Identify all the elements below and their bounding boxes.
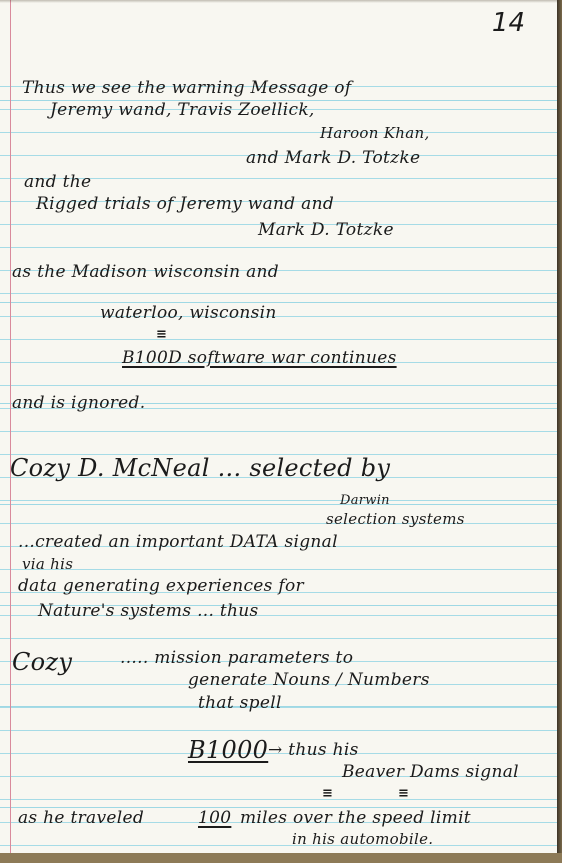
handwritten-line: Cozy D. McNeal ... selected by [10, 456, 390, 480]
handwritten-line: 100 [198, 810, 231, 827]
handwritten-line: via his [22, 557, 73, 572]
handwritten-line: as he traveled [18, 810, 144, 827]
handwritten-line: as the Madison wisconsin and [12, 264, 279, 281]
handwritten-line: Beaver Dams signal [342, 764, 519, 781]
handwritten-line: in his automobile. [292, 832, 433, 847]
handwritten-line: miles over the speed limit [240, 810, 471, 827]
handwritten-line: Haroon Khan, [320, 126, 430, 141]
page-top-shadow [0, 0, 557, 3]
handwritten-line: ...created an important DATA signal [18, 534, 338, 551]
handwritten-line: Rigged trials of Jeremy wand and [36, 196, 334, 213]
handwritten-line: Cozy [12, 650, 72, 674]
notebook-page: 14 Thus we see the warning Message of Je… [0, 0, 557, 853]
handwritten-line: ..... mission parameters to [120, 650, 353, 667]
squiggle-mark: ≡ [156, 331, 167, 339]
handwritten-line: Jeremy wand, Travis Zoellick, [50, 102, 315, 119]
handwritten-line: and the [24, 174, 91, 191]
handwritten-line: → thus his [268, 742, 359, 759]
handwritten-line: generate Nouns / Numbers [188, 672, 430, 689]
handwritten-line: B100D software war continues [122, 350, 397, 367]
b100d-text: B100D software war continues [122, 348, 397, 368]
handwritten-line: Darwin [340, 494, 390, 507]
page-edge-bottom [0, 853, 562, 863]
handwritten-line: data generating experiences for [18, 578, 304, 595]
b1000-text: B1000 [188, 736, 268, 764]
handwritten-line: and Mark D. Totzke [246, 150, 420, 167]
squiggle-mark: ≡ [398, 790, 409, 798]
page-number: 14 [492, 8, 525, 38]
squiggle-mark: ≡ [322, 790, 333, 798]
handwritten-line: B1000 [188, 738, 268, 762]
handwritten-line: waterloo, wisconsin [100, 305, 277, 322]
handwritten-line: selection systems [326, 512, 465, 527]
margin-line [10, 0, 11, 853]
handwritten-line: that spell [198, 695, 282, 712]
100-text: 100 [198, 808, 231, 828]
handwritten-line: and is ignored. [12, 395, 145, 412]
handwritten-line: Mark D. Totzke [258, 222, 394, 239]
handwritten-line: Nature's systems ... thus [38, 603, 259, 620]
handwritten-line: Thus we see the warning Message of [22, 80, 351, 97]
page-edge-right [557, 0, 562, 863]
